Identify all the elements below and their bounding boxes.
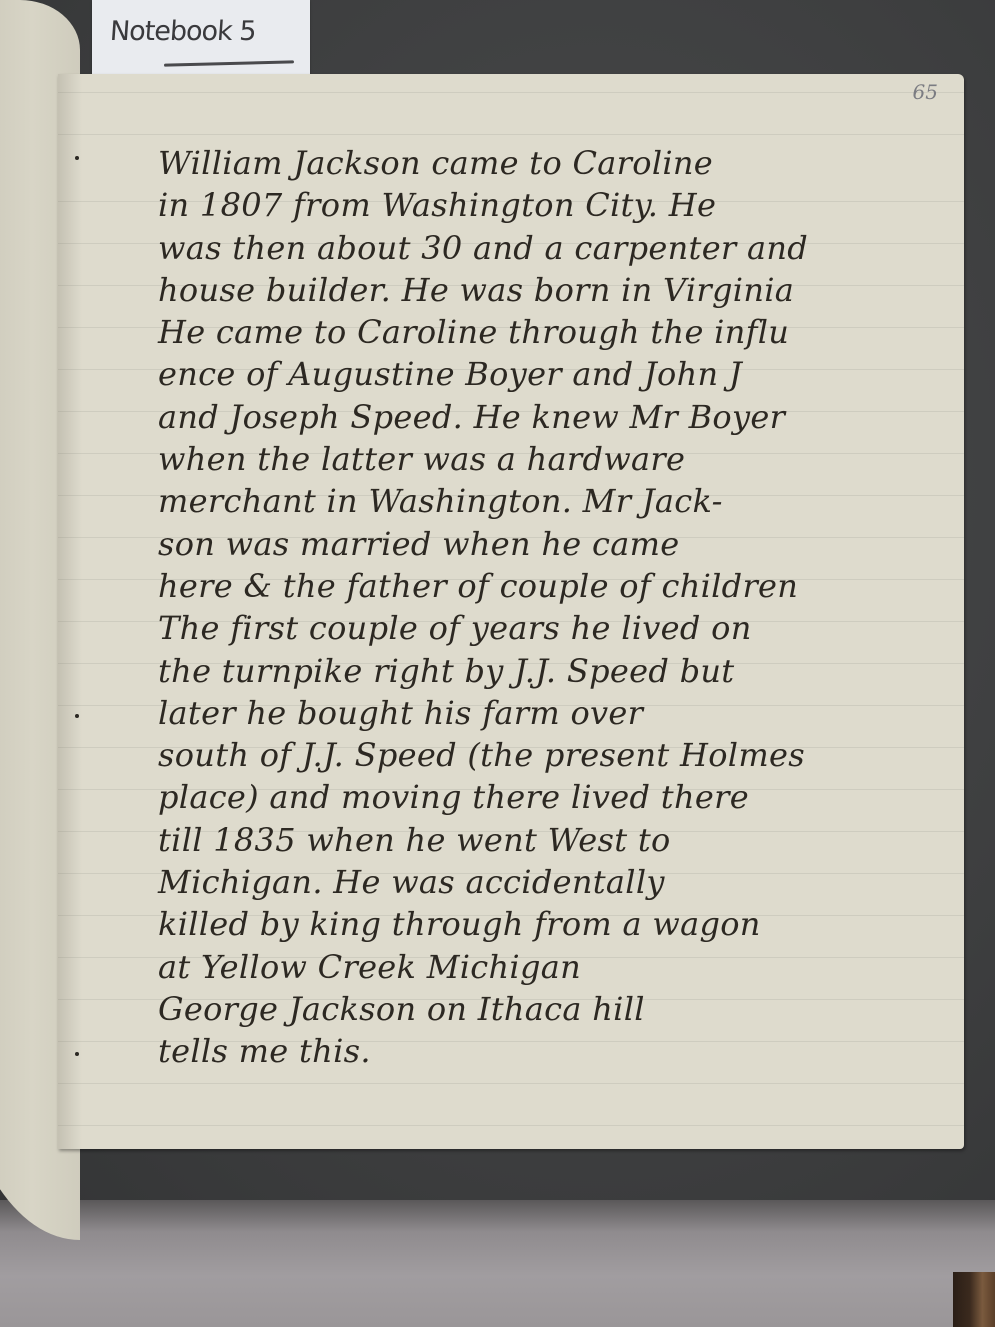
text-line: place) and moving there lived there (158, 776, 958, 818)
text-line: till 1835 when he went West to (158, 819, 958, 861)
text-line: when the latter was a hardware (158, 438, 958, 480)
book-spine-edge (953, 1272, 995, 1327)
notebook-label-slip: Notebook 5 (92, 0, 310, 74)
page-number: 65 (913, 80, 938, 104)
text-line: He came to Caroline through the influ (158, 311, 958, 353)
text-line: south of J.J. Speed (the present Holmes (158, 734, 958, 776)
text-line: merchant in Washington. Mr Jack- (158, 480, 958, 522)
text-line: George Jackson on Ithaca hill (158, 988, 958, 1030)
binding-stitch (75, 1052, 79, 1056)
text-line: here & the father of couple of children (158, 565, 958, 607)
notebook-label-text: Notebook 5 (109, 16, 257, 47)
text-line: was then about 30 and a carpenter and (158, 227, 958, 269)
text-line: killed by king through from a wagon (158, 903, 958, 945)
text-line: tells me this. (158, 1030, 958, 1072)
text-line: William Jackson came to Caroline (158, 142, 958, 184)
text-line: son was married when he came (158, 523, 958, 565)
notebook-page: 65 William Jackson came to Caroline in 1… (58, 74, 964, 1149)
text-line: later he bought his farm over (158, 692, 958, 734)
text-line: house builder. He was born in Virginia (158, 269, 958, 311)
binding-stitch (75, 714, 79, 718)
text-line: Michigan. He was accidentally (158, 861, 958, 903)
text-line: and Joseph Speed. He knew Mr Boyer (158, 396, 958, 438)
text-line: in 1807 from Washington City. He (158, 184, 958, 226)
table-surface (0, 1200, 995, 1327)
handwritten-text: William Jackson came to Caroline in 1807… (158, 142, 958, 1073)
label-underline (164, 60, 294, 66)
binding-stitch (75, 156, 79, 160)
text-line: ence of Augustine Boyer and John J (158, 353, 958, 395)
text-line: the turnpike right by J.J. Speed but (158, 650, 958, 692)
text-line: The first couple of years he lived on (158, 607, 958, 649)
text-line: at Yellow Creek Michigan (158, 946, 958, 988)
